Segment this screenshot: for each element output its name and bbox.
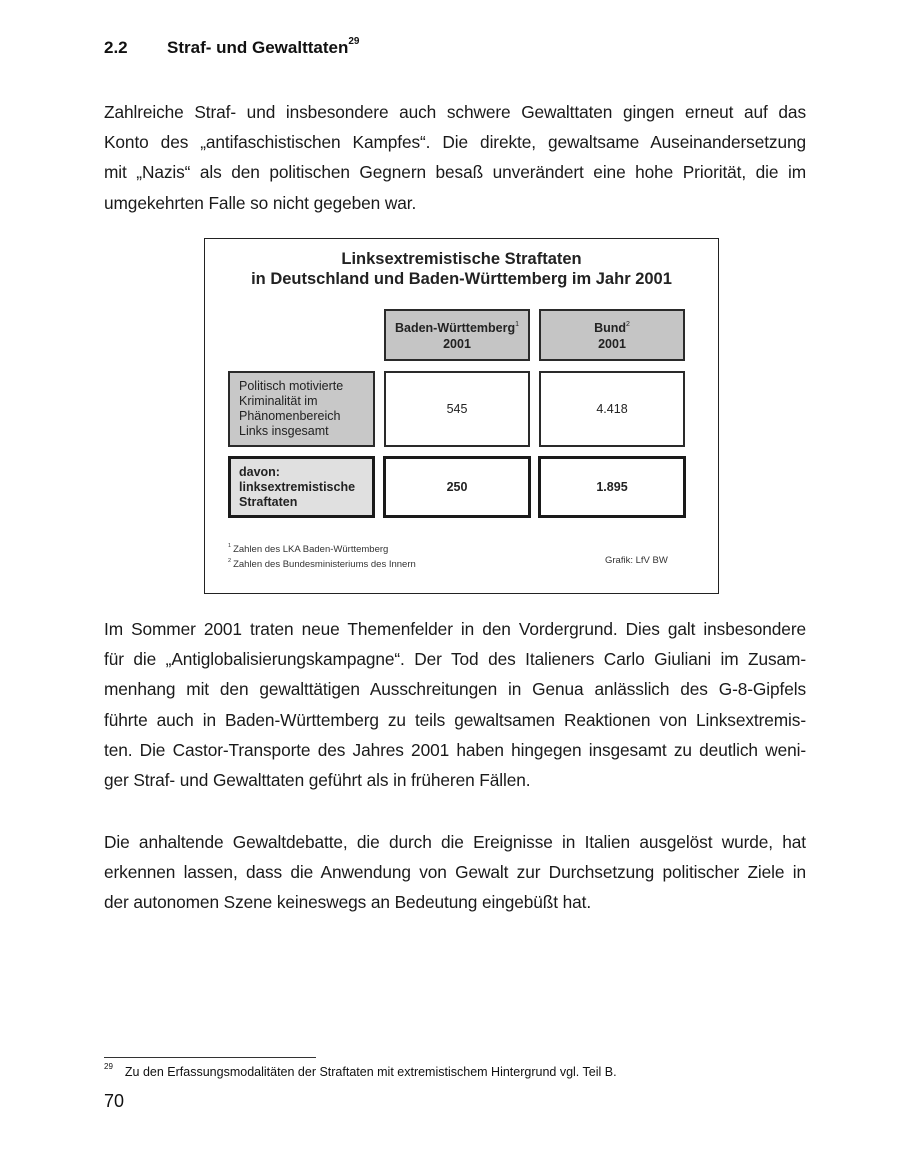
text-line: führte auch in Baden-Württemberg zu teil… (104, 705, 806, 735)
value-extremist-bund: 1.895 (538, 456, 686, 518)
text-line: Die anhaltende Gewaltdebatte, die durch … (104, 827, 806, 857)
text-line: der autonomen Szene keineswegs an Bedeut… (104, 887, 806, 917)
footnote-mark: 29 (104, 1062, 113, 1071)
text-line: ger Straf- und Gewalttaten geführt als i… (104, 765, 806, 795)
column-header-bw: Baden-Württemberg12001 (384, 309, 530, 361)
text-line: umgekehrten Falle so nicht gegeben war. (104, 188, 806, 218)
footnote-divider (104, 1057, 316, 1058)
text-line: mit „Nazis“ als den politischen Gegnern … (104, 157, 806, 187)
text-line: für die „Antiglobalisierungskampagne“. D… (104, 644, 806, 674)
statistics-figure: Linksextremistische Straftaten in Deutsc… (204, 238, 719, 594)
footnote-text: Zu den Erfassungsmodalitäten der Strafta… (125, 1065, 617, 1079)
paragraph-1: Zahlreiche Straf- und insbesondere auch … (104, 97, 806, 218)
value-extremist-bw: 250 (383, 456, 531, 518)
text-line: Konto des „antifaschistischen Kampfes“. … (104, 127, 806, 157)
section-number: 2.2 (104, 38, 167, 58)
page-number: 70 (104, 1091, 124, 1112)
column-header-bund: Bund22001 (539, 309, 685, 361)
row-label-total: Politisch motivierte Kriminalität im Phä… (228, 371, 375, 447)
footnote-ref[interactable]: 29 (348, 36, 359, 47)
text-line: ten. Die Castor-Transporte des Jahres 20… (104, 735, 806, 765)
text-line: erkennen lassen, dass die Anwendung von … (104, 857, 806, 887)
row-label-extremist: davon: linksextremistische Straftaten (228, 456, 375, 518)
section-heading: 2.2Straf- und Gewalttaten29 (104, 38, 359, 58)
section-title: Straf- und Gewalttaten (167, 38, 348, 57)
paragraph-3: Die anhaltende Gewaltdebatte, die durch … (104, 827, 806, 918)
text-line: Zahlreiche Straf- und insbesondere auch … (104, 97, 806, 127)
value-total-bund: 4.418 (539, 371, 685, 447)
figure-notes: 1Zahlen des LKA Baden-Württemberg 2Zahle… (228, 541, 416, 571)
text-line: menhang mit den gewalttätigen Ausschreit… (104, 674, 806, 704)
figure-credit: Grafik: LfV BW (605, 555, 668, 566)
paragraph-2: Im Sommer 2001 traten neue Themenfelder … (104, 614, 806, 795)
figure-title: Linksextremistische Straftaten in Deutsc… (205, 249, 718, 289)
value-total-bw: 545 (384, 371, 530, 447)
text-line: Im Sommer 2001 traten neue Themenfelder … (104, 614, 806, 644)
figure-note: 1Zahlen des LKA Baden-Württemberg (228, 541, 416, 556)
footnote: 29Zu den Erfassungsmodalitäten der Straf… (104, 1064, 617, 1079)
figure-note: 2Zahlen des Bundesministeriums des Inner… (228, 556, 416, 571)
